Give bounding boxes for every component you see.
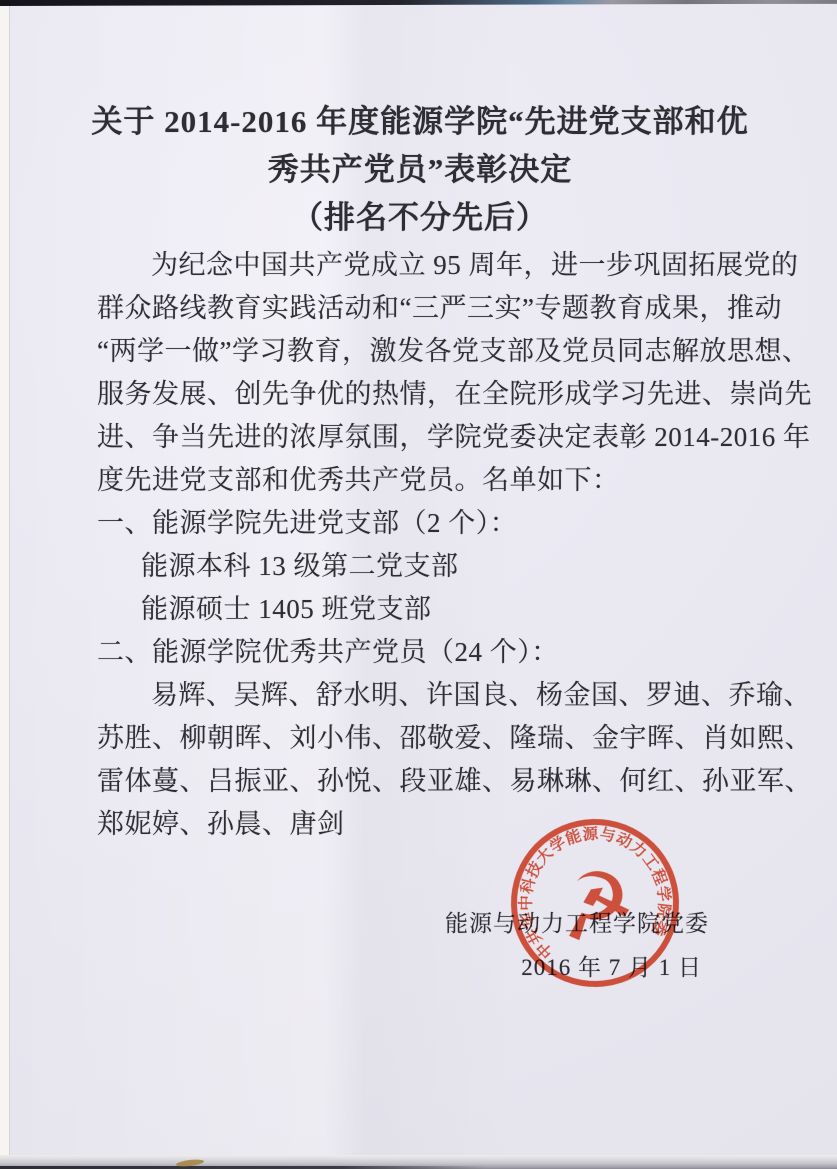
branch-list-item: 能源本科 13 级第二党支部 (97, 545, 737, 588)
document-title: 关于 2014-2016 年度能源学院“先进党支部和优 秀共产党员”表彰决定 （… (9, 98, 831, 242)
document-page: 关于 2014-2016 年度能源学院“先进党支部和优 秀共产党员”表彰决定 （… (9, 4, 837, 1157)
member-name-line: 雷体蔓、吕振亚、孙悦、段亚雄、易琳琳、何红、孙亚军、 (97, 760, 737, 803)
document-body: 为纪念中国共产党成立 95 周年，进一步巩固拓展党的 群众路线教育实践活动和“三… (97, 244, 737, 846)
branch-list-item: 能源硕士 1405 班党支部 (97, 588, 737, 631)
section2-heading: 二、能源学院优秀共产党员（24 个）： (97, 631, 737, 674)
body-line: 为纪念中国共产党成立 95 周年，进一步巩固拓展党的 (97, 244, 737, 287)
title-line: 秀共产党员”表彰决定 (9, 146, 831, 194)
member-name-line: 苏胜、柳朝晖、刘小伟、邵敬爱、隆瑞、金宇晖、肖如熙、 (97, 717, 737, 760)
member-name-line: 易辉、吴辉、舒水明、许国良、杨金国、罗迪、乔瑜、 (97, 674, 737, 717)
body-line: “两学一做”学习教育，激发各党支部及党员同志解放思想、 (97, 330, 737, 373)
signature-date: 2016 年 7 月 1 日 (521, 946, 702, 990)
body-line: 群众路线教育实践活动和“三严三实”专题教育成果，推动 (97, 287, 737, 330)
section1-heading: 一、能源学院先进党支部（2 个）： (97, 502, 737, 545)
member-name-line: 郑妮婷、孙晨、唐剑 (97, 803, 737, 846)
signature-org: 能源与动力工程学院党委 (445, 902, 709, 946)
body-line: 服务发展、创先争优的热情，在全院形成学习先进、崇尚先 (97, 373, 737, 416)
body-line: 进、争当先进的浓厚氛围，学院党委决定表彰 2014-2016 年 (97, 416, 737, 459)
signature-block: 能源与动力工程学院党委 2016 年 7 月 1 日 (445, 902, 709, 990)
title-line: 关于 2014-2016 年度能源学院“先进党支部和优 (9, 98, 831, 146)
title-subtitle: （排名不分先后） (9, 194, 831, 242)
paper-left-edge (0, 0, 10, 1157)
body-line: 度先进党支部和优秀共产党员。名单如下： (97, 459, 737, 502)
scanned-document: 关于 2014-2016 年度能源学院“先进党支部和优 秀共产党员”表彰决定 （… (0, 0, 837, 1169)
